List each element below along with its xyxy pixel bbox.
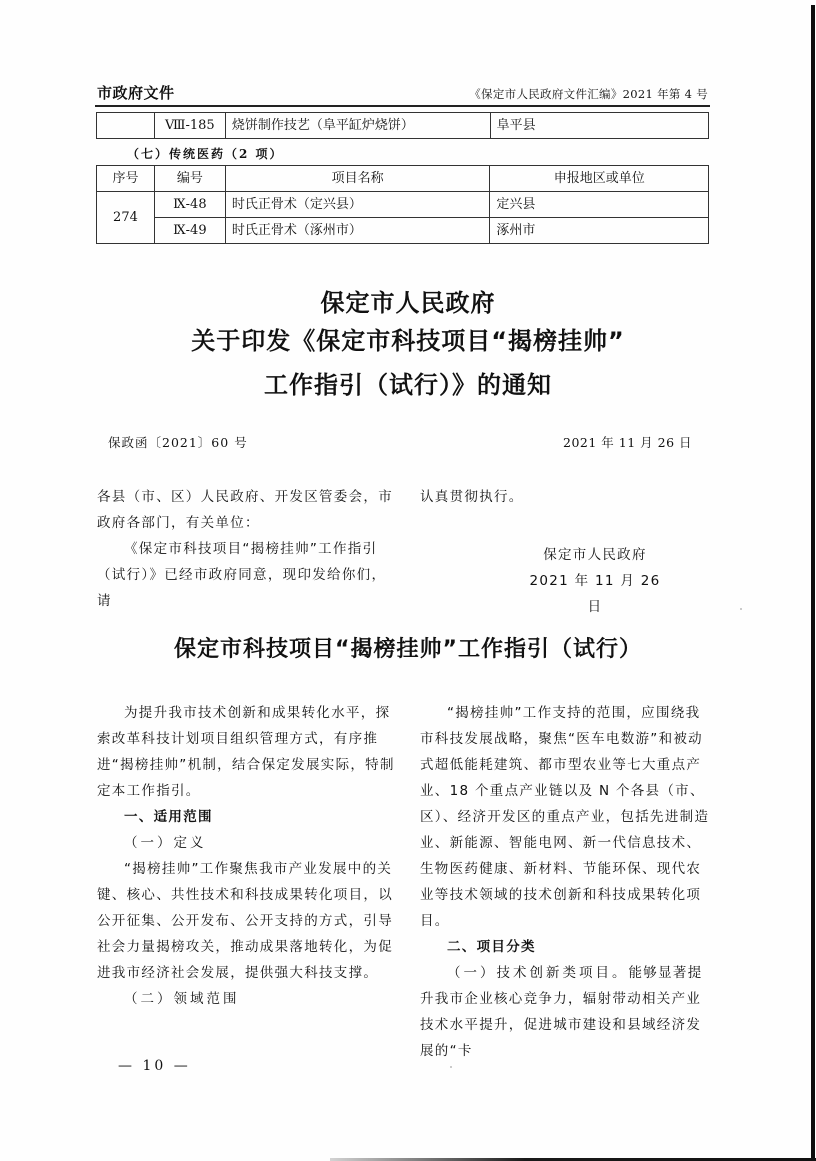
- col-header-seq: 序号: [97, 166, 155, 192]
- col-header-region: 申报地区或单位: [490, 166, 709, 192]
- scan-speck: [740, 608, 742, 610]
- notice-body-left: 各县（市、区）人民政府、开发区管委会，市政府各部门，有关单位： 《保定市科技项目…: [97, 484, 395, 614]
- notice-addressee: 各县（市、区）人民政府、开发区管委会，市政府各部门，有关单位：: [97, 484, 395, 536]
- section2-1-heading: （一）技术创新类项目。: [447, 965, 629, 981]
- guide-intro: 为提升我市技术创新和成果转化水平，探索改革科技计划项目组织管理方式，有序推进“揭…: [97, 700, 395, 804]
- section2-1-paragraph: （一）技术创新类项目。能够显著提升我市企业核心竞争力，辐射带动相关产业技术水平提…: [420, 960, 712, 1064]
- page-number: — 10 —: [118, 1058, 191, 1074]
- guide-title: 保定市科技项目“揭榜挂帅”工作指引（试行）: [0, 632, 816, 663]
- section2-heading: 二、项目分类: [420, 934, 712, 960]
- table-row: 274 Ⅸ-48 时氏正骨术（定兴县） 定兴县: [97, 192, 709, 218]
- section1-2-body: “揭榜挂帅”工作支持的范围，应围绕我市科技发展战略，聚焦“医车电数游”和被动式超…: [420, 700, 712, 934]
- table-row: Ⅷ-185 烧饼制作技艺（阜平缸炉烧饼） 阜平县: [97, 113, 709, 139]
- cell-code: Ⅷ-185: [154, 113, 225, 139]
- guide-column-right: “揭榜挂帅”工作支持的范围，应围绕我市科技发展战略，聚焦“医车电数游”和被动式超…: [420, 700, 712, 1064]
- notice-title-line3: 工作指引（试行）》的通知: [0, 365, 816, 400]
- scan-speck: [450, 1066, 452, 1068]
- table-traditional-medicine: 序号 编号 项目名称 申报地区或单位 274 Ⅸ-48 时氏正骨术（定兴县） 定…: [96, 165, 709, 244]
- table-row: Ⅸ-49 时氏正骨术（涿州市） 涿州市: [97, 218, 709, 244]
- table-previous-section: Ⅷ-185 烧饼制作技艺（阜平缸炉烧饼） 阜平县: [96, 112, 709, 139]
- section1-1-body: “揭榜挂帅”工作聚焦我市产业发展中的关键、核心、共性技术和科技成果转化项目，以公…: [97, 856, 395, 986]
- cell-seq: 274: [97, 192, 155, 244]
- signature-block: 保定市人民政府 2021 年 11 月 26 日: [520, 542, 670, 620]
- notice-title-line2: 关于印发《保定市科技项目“揭榜挂帅”: [0, 321, 816, 356]
- document-date: 2021 年 11 月 26 日: [540, 433, 692, 451]
- section1-heading: 一、适用范围: [97, 804, 395, 830]
- cell-code: Ⅸ-48: [154, 192, 225, 218]
- table-header-row: 序号 编号 项目名称 申报地区或单位: [97, 166, 709, 192]
- cell-region: 定兴县: [490, 192, 709, 218]
- running-header-left: 市政府文件: [97, 82, 175, 103]
- notice-body-right: 认真贯彻执行。: [420, 484, 712, 510]
- col-header-name: 项目名称: [225, 166, 490, 192]
- notice-body-paragraph: 《保定市科技项目“揭榜挂帅”工作指引（试行）》已经市政府同意，现印发给你们，请: [97, 536, 395, 614]
- signature-org: 保定市人民政府: [520, 542, 670, 568]
- document-number: 保政函〔2021〕60 号: [108, 433, 248, 451]
- cell-name: 烧饼制作技艺（阜平缸炉烧饼）: [225, 113, 490, 139]
- notice-body-continued: 认真贯彻执行。: [420, 484, 712, 510]
- section1-1-heading: （一）定义: [97, 830, 395, 856]
- running-header-right: 《保定市人民政府文件汇编》2021 年第 4 号: [455, 86, 708, 102]
- cell-name: 时氏正骨术（定兴县）: [225, 192, 490, 218]
- cell-name: 时氏正骨术（涿州市）: [225, 218, 490, 244]
- header-rule: [95, 105, 710, 107]
- guide-column-left: 为提升我市技术创新和成果转化水平，探索改革科技计划项目组织管理方式，有序推进“揭…: [97, 700, 395, 1012]
- section-label-traditional-medicine: （七）传统医药（2 项）: [127, 145, 284, 162]
- cell-region: 涿州市: [490, 218, 709, 244]
- cell-code: Ⅸ-49: [154, 218, 225, 244]
- col-header-code: 编号: [154, 166, 225, 192]
- cell-seq: [97, 113, 155, 139]
- cell-region: 阜平县: [490, 113, 708, 139]
- notice-title-line1: 保定市人民政府: [0, 283, 816, 318]
- section1-2-heading: （二）领域范围: [97, 986, 395, 1012]
- signature-date: 2021 年 11 月 26 日: [520, 568, 670, 620]
- scan-edge-right: [811, 5, 815, 1158]
